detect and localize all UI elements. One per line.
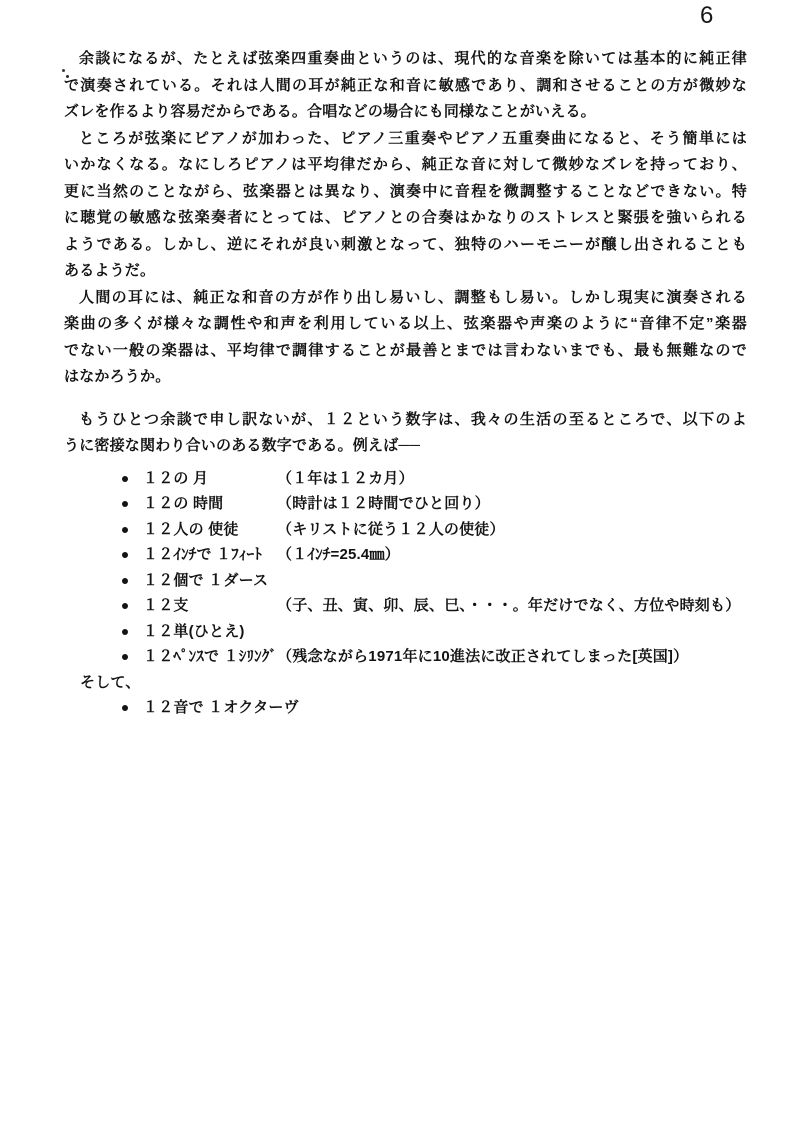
text-line: 楽曲の多くが様々な調性や和声を利用している以上、弦楽器や声楽のように“音律不定”…: [64, 311, 747, 338]
list-item-term: １２個で １ダース: [143, 568, 277, 594]
document-page: 6 余談になるが、たとえば弦楽四重奏曲というのは、現代的な音楽を除いては基本的に…: [0, 0, 808, 1125]
text-line: あるようだ。: [64, 258, 747, 285]
list-item: １２ﾍﾟﾝｽで １ｼﾘﾝｸﾞ （残念ながら1971年に10進法に改正されてしまっ…: [64, 644, 747, 670]
list-item: １２個で １ダース: [64, 568, 747, 594]
bullet-icon: [122, 527, 128, 533]
list-item-term: １２支: [143, 593, 277, 619]
bullet-icon: [122, 552, 128, 558]
text-line: 更に当然のことながら、弦楽器とは異なり、演奏中に音程を微調整することなどできない…: [64, 179, 747, 206]
document-content: 余談になるが、たとえば弦楽四重奏曲というのは、現代的な音楽を除いては基本的に純正…: [64, 46, 747, 721]
text-line: ズレを作るより容易だからである。合唱などの場合にも同様なことがいえる。: [64, 99, 747, 126]
paragraph-twelve-intro: もうひとつ余談で申し訳ないが、１２という数字は、我々の生活の至るところで、以下の…: [64, 407, 747, 460]
bullet-icon: [122, 603, 128, 609]
bullet-icon: [122, 654, 128, 660]
list-item: １２人の 使徒 （キリストに従う１２人の使徒）: [64, 517, 747, 543]
list-item: １２ｲﾝﾁで １ﾌｨｰﾄ （１ｲﾝﾁ=25.4㎜）: [64, 542, 747, 568]
list-item-desc: （残念ながら1971年に10進法に改正されてしまった[英国]）: [277, 644, 747, 670]
text-line: でない一般の楽器は、平均律で調律することが最善とまでは言わないまでも、最も無難な…: [64, 338, 747, 365]
text-line: いかなくなる。なにしろピアノは平均律だから、純正な音に対して微妙なズレを持ってお…: [64, 152, 747, 179]
paragraph-pure-intonation: 余談になるが、たとえば弦楽四重奏曲というのは、現代的な音楽を除いては基本的に純正…: [64, 46, 747, 126]
text-line: 人間の耳には、純正な和音の方が作り出し易いし、調整もし易い。しかし現実に演奏され…: [64, 285, 747, 312]
bullet-icon: [122, 501, 128, 507]
text-line: で演奏されている。それは人間の耳が純正な和音に敏感であり、調和させることの方が微…: [64, 73, 747, 100]
text-line: うに密接な関わり合いのある数字である。例えば──: [64, 433, 747, 460]
list-item-desc: （キリストに従う１２人の使徒）: [277, 517, 747, 543]
text-line: に聴覚の敏感な弦楽奏者にとっては、ピアノとの合奏はかなりのストレスと緊張を強いら…: [64, 205, 747, 232]
text-line: ところが弦楽にピアノが加わった、ピアノ三重奏やピアノ五重奏曲になると、そう簡単に…: [64, 126, 747, 153]
list-item: １２単(ひとえ): [64, 619, 747, 645]
bullet-icon: [122, 705, 128, 711]
list-item-desc: （時計は１２時間でひと回り）: [277, 491, 747, 517]
list-item-term: １２単(ひとえ): [143, 619, 277, 645]
paragraph-equal-temperament: 人間の耳には、純正な和音の方が作り出し易いし、調整もし易い。しかし現実に演奏され…: [64, 285, 747, 391]
list-item: １２支 （子、丑、寅、卯、辰、巳、・・・。年だけでなく、方位や時刻も）: [64, 593, 747, 619]
text-line: ようである。しかし、逆にそれが良い刺激となって、独特のハーモニーが醸し出されるこ…: [64, 232, 747, 259]
list-item-desc: （子、丑、寅、卯、辰、巳、・・・。年だけでなく、方位や時刻も）: [277, 593, 747, 619]
list-item-desc: （１ｲﾝﾁ=25.4㎜）: [277, 542, 747, 568]
list-item-final: １２音で １オクターヴ: [64, 695, 747, 721]
text-line: はなかろうか。: [64, 364, 747, 391]
bullet-icon: [122, 476, 128, 482]
paragraph-piano-strings: ところが弦楽にピアノが加わった、ピアノ三重奏やピアノ五重奏曲になると、そう簡単に…: [64, 126, 747, 285]
list-item-desc: （１年は１２カ月）: [277, 466, 747, 492]
list-item-term: １２の 月: [143, 466, 277, 492]
list-item: １２の 月 （１年は１２カ月）: [64, 466, 747, 492]
list-item-term: １２音で １オクターヴ: [143, 695, 299, 721]
twelve-list: １２の 月 （１年は１２カ月） １２の 時間 （時計は１２時間でひと回り） １２…: [64, 466, 747, 670]
bullet-icon: [122, 629, 128, 635]
list-item-term: １２人の 使徒: [143, 517, 277, 543]
bullet-icon: [122, 578, 128, 584]
list-item-term: １２ｲﾝﾁで １ﾌｨｰﾄ: [143, 542, 277, 568]
page-number: 6: [700, 2, 713, 30]
list-item-term: １２の 時間: [143, 491, 277, 517]
text-line: 余談になるが、たとえば弦楽四重奏曲というのは、現代的な音楽を除いては基本的に純正…: [64, 46, 747, 73]
list-item-term: １２ﾍﾟﾝｽで １ｼﾘﾝｸﾞ: [143, 644, 277, 670]
text-line: もうひとつ余談で申し訳ないが、１２という数字は、我々の生活の至るところで、以下の…: [64, 407, 747, 434]
list-connector: そして、: [80, 670, 747, 696]
list-item: １２の 時間 （時計は１２時間でひと回り）: [64, 491, 747, 517]
